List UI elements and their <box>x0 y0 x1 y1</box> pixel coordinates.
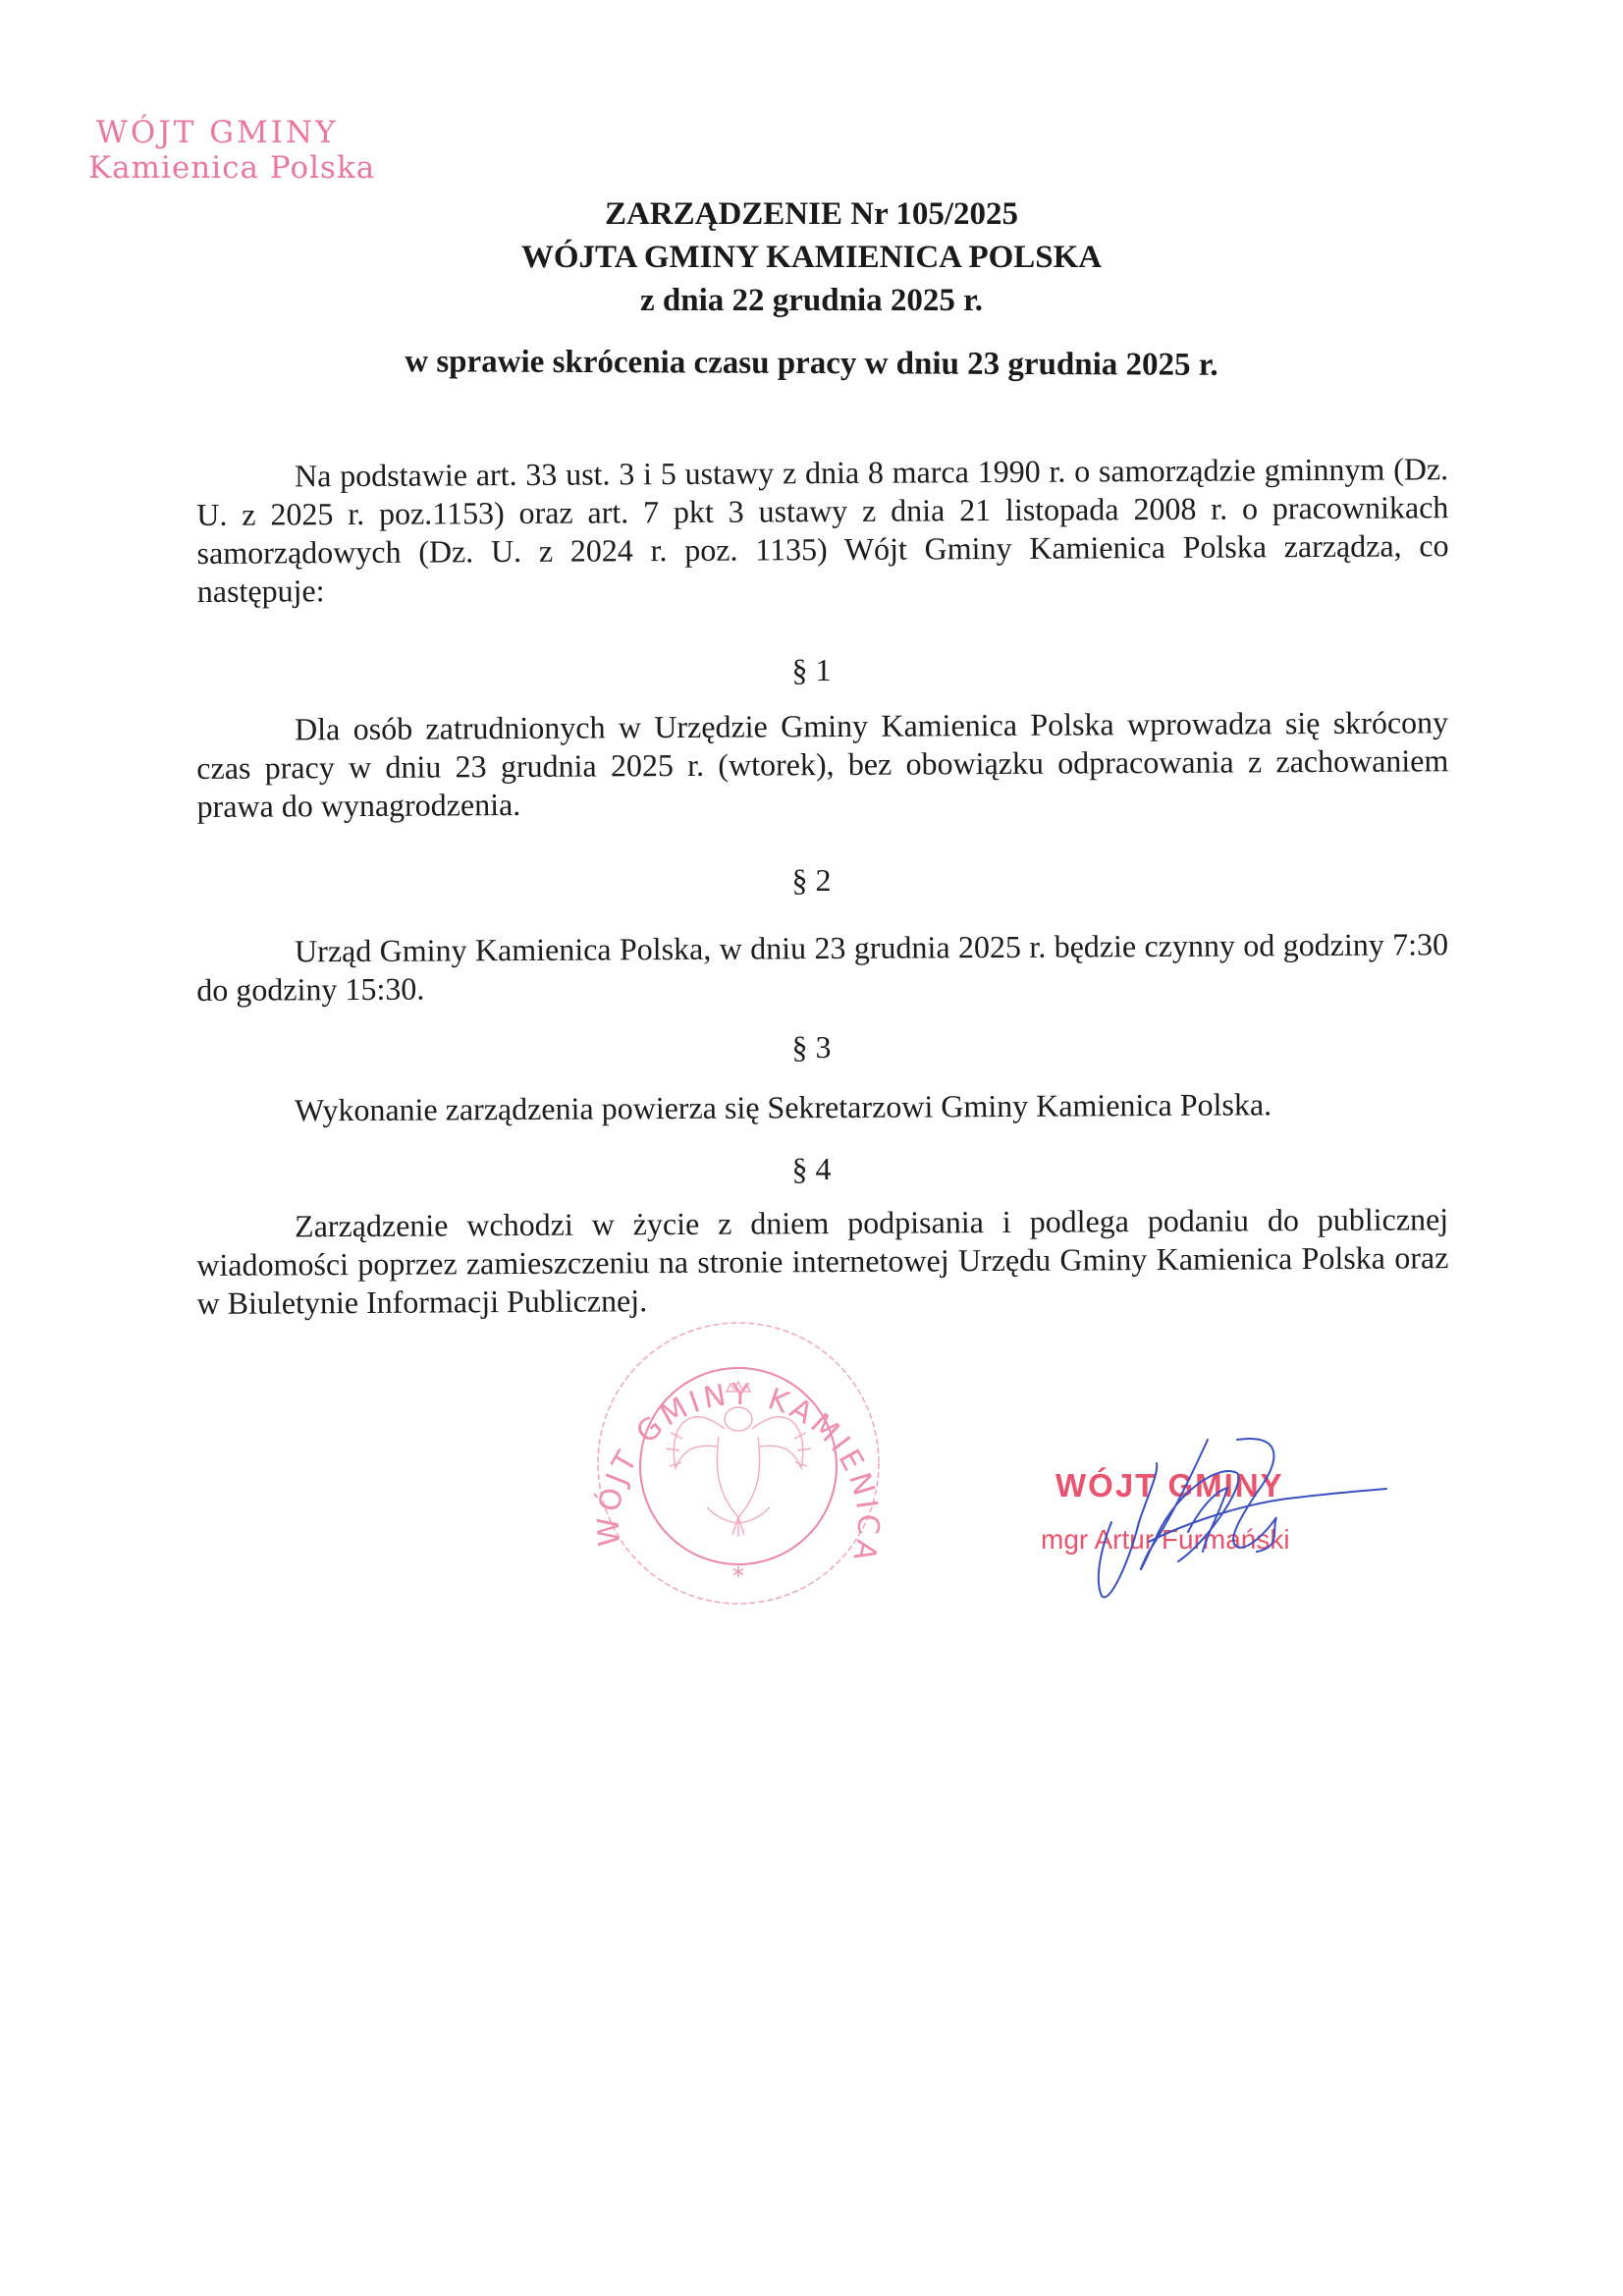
header-stamp-line1: WÓJT GMINY <box>88 116 375 151</box>
section-3-label: § 3 <box>0 1029 1623 1066</box>
section-3: Wykonanie zarządzenia powierza się Sekre… <box>196 1084 1448 1130</box>
document-subject: w sprawie skrócenia czasu pracy w dniu 2… <box>0 342 1623 385</box>
signature-block: WÓJT GMINY mgr Artur Furmański <box>1041 1414 1414 1611</box>
section-1: Dla osób zatrudnionych w Urzędzie Gminy … <box>196 703 1449 826</box>
section-4-text: Zarządzenie wchodzi w życie z dniem podp… <box>196 1201 1448 1321</box>
section-4-label: § 4 <box>0 1151 1623 1187</box>
document-issuer: WÓJTA GMINY KAMIENICA POLSKA <box>0 240 1623 276</box>
document-page: WÓJT GMINY Kamienica Polska ZARZĄDZENIE … <box>0 0 1623 2296</box>
preamble-text: Na podstawie art. 33 ust. 3 i 5 ustawy z… <box>196 451 1448 609</box>
seal-star: * <box>732 1562 744 1590</box>
handwritten-signature-icon <box>1041 1414 1414 1611</box>
section-4: Zarządzenie wchodzi w życie z dniem podp… <box>196 1200 1449 1323</box>
section-1-text: Dla osób zatrudnionych w Urzędzie Gminy … <box>196 704 1448 824</box>
svg-text:WÓJT GMINY KAMIENICA POLSKA: WÓJT GMINY KAMIENICA POLSKA <box>589 1321 885 1568</box>
document-title: ZARZĄDZENIE Nr 105/2025 <box>0 196 1623 233</box>
preamble: Na podstawie art. 33 ust. 3 i 5 ustawy z… <box>196 450 1449 611</box>
section-1-label: § 1 <box>0 652 1623 688</box>
section-2: Urząd Gminy Kamienica Polska, w dniu 23 … <box>196 925 1448 1010</box>
document-date: z dnia 22 grudnia 2025 r. <box>0 283 1623 319</box>
header-stamp-line2: Kamienica Polska <box>88 151 375 187</box>
header-stamp: WÓJT GMINY Kamienica Polska <box>88 116 375 186</box>
section-3-text: Wykonanie zarządzenia powierza się Sekre… <box>295 1086 1271 1127</box>
official-seal: WÓJT GMINY KAMIENICA POLSKA * <box>589 1321 889 1606</box>
section-2-label: § 2 <box>0 862 1623 899</box>
eagle-seal-icon: WÓJT GMINY KAMIENICA POLSKA * <box>589 1321 889 1606</box>
seal-ring-text: WÓJT GMINY KAMIENICA POLSKA <box>589 1321 885 1568</box>
section-2-text: Urząd Gminy Kamienica Polska, w dniu 23 … <box>196 926 1448 1008</box>
